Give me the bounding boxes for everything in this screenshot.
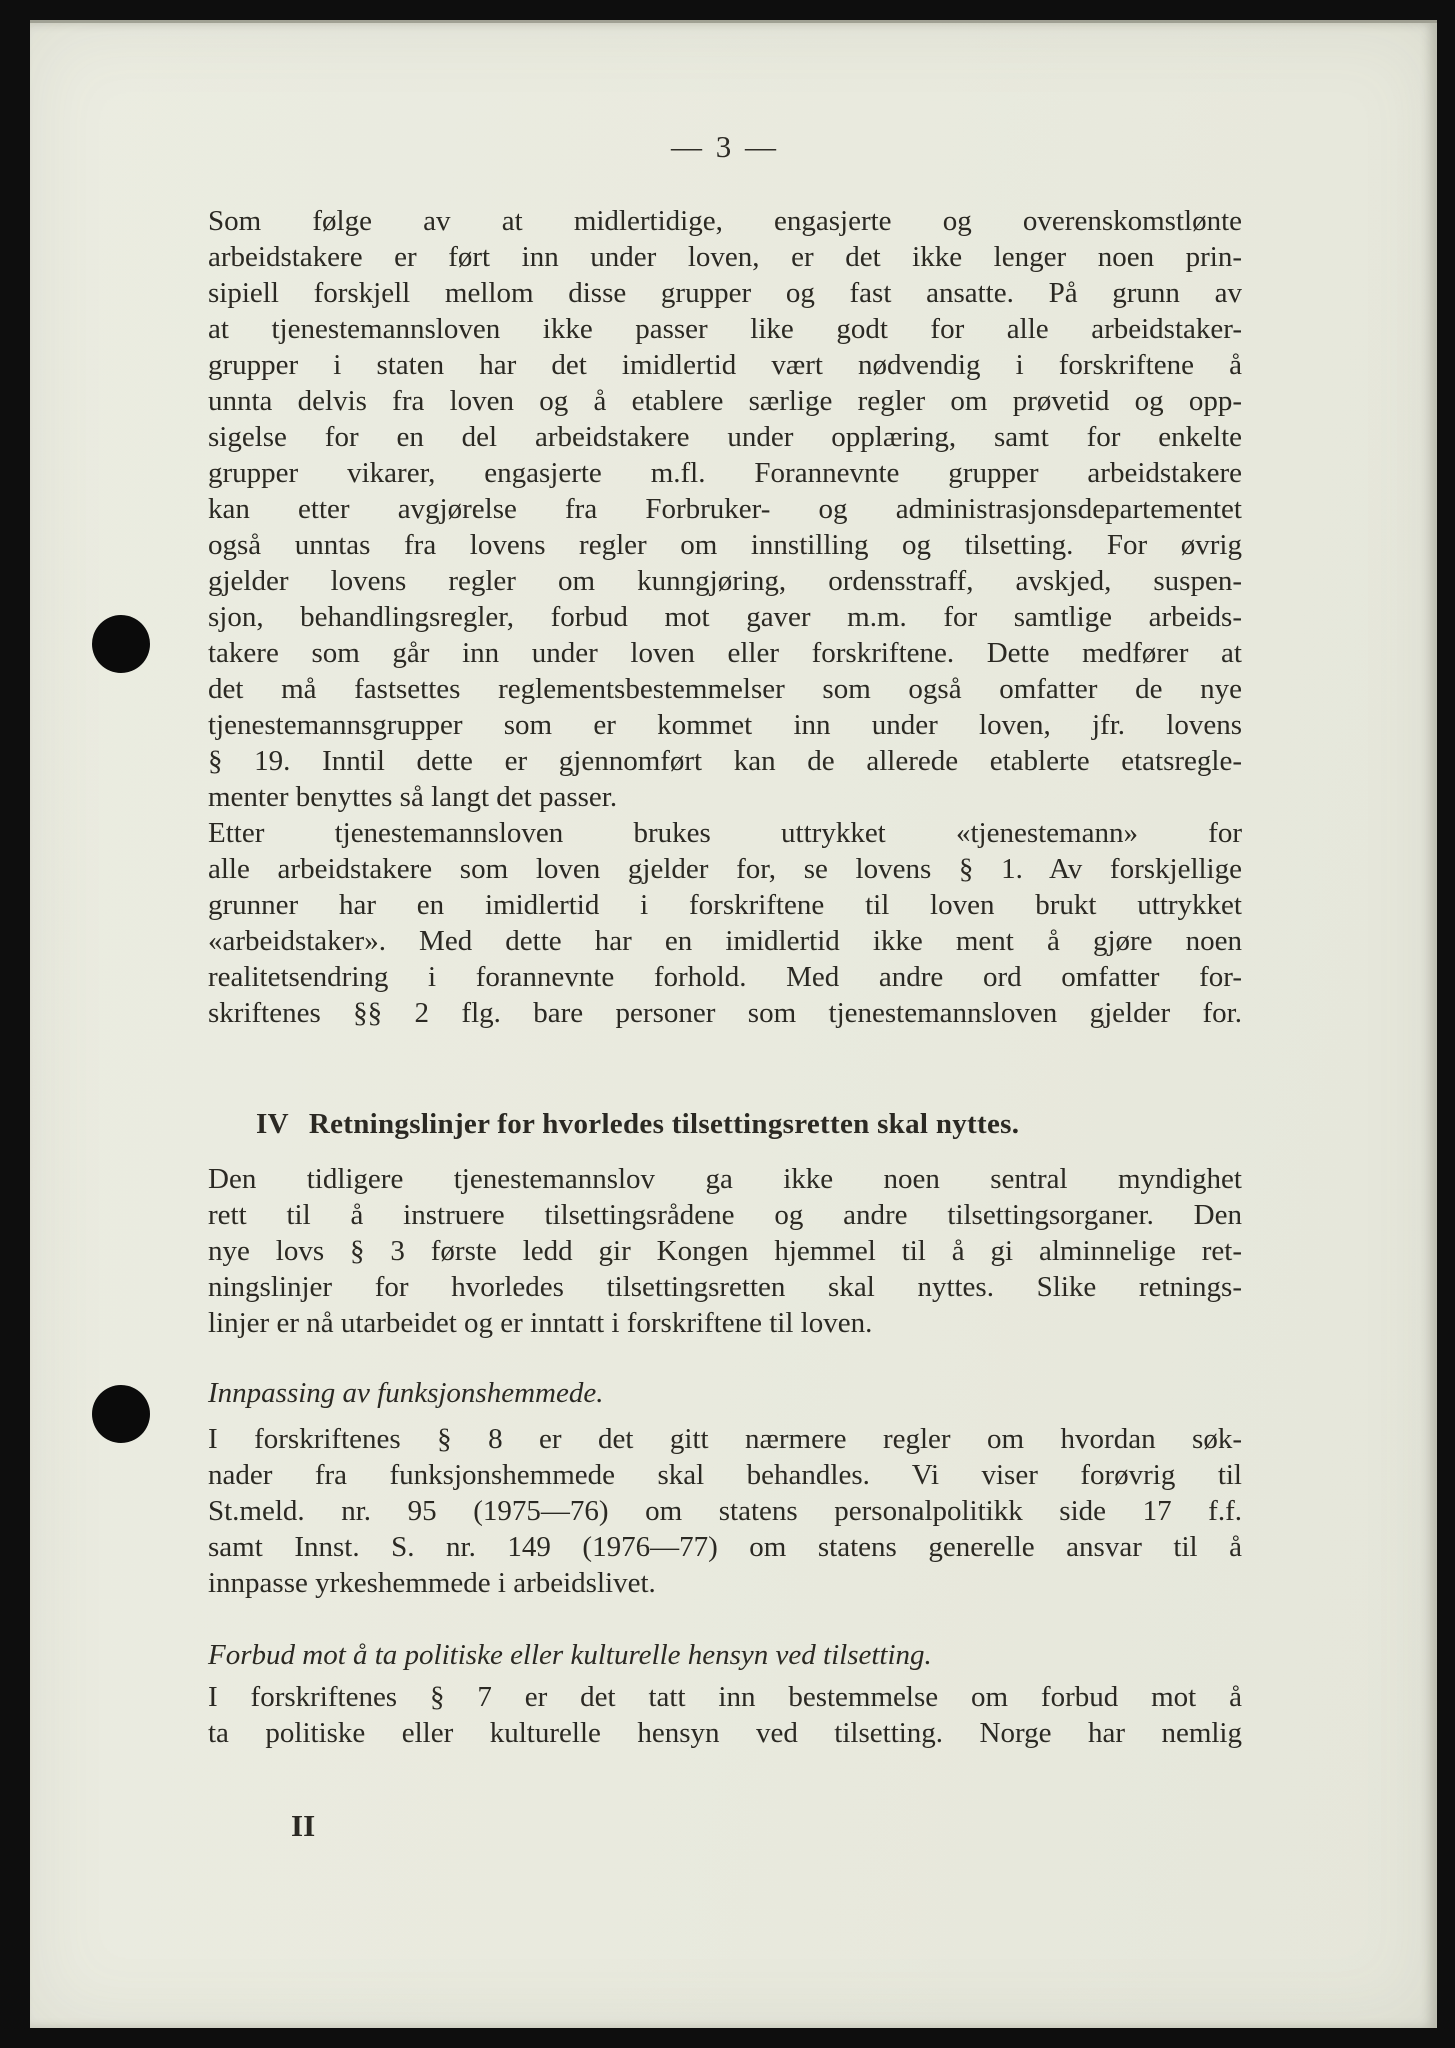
paragraph-retningslinjer: Den tidligere tjenestemannslov ga ikke n… [208,1161,1242,1341]
text-line: sigelse for en del arbeidstakere under o… [208,419,1242,455]
text-line: at tjenestemannsloven ikke passer like g… [208,311,1242,347]
text-line: I forskriftenes § 7 er det tatt inn best… [208,1679,1242,1715]
text-line: arbeidstakere er ført inn under loven, e… [208,239,1242,275]
text-line: nader fra funksjonshemmede skal behandle… [208,1457,1242,1493]
scan-background: — 3 — Som følge av at midlertidige, enga… [0,0,1455,2048]
text-line: alle arbeidstakere som loven gjelder for… [208,851,1242,887]
text-line: Som følge av at midlertidige, engasjerte… [208,203,1242,239]
text-line: ta politiske eller kulturelle hensyn ved… [208,1715,1242,1751]
paragraph-tjenestemann-term: Etter tjenestemannsloven brukes uttrykke… [208,815,1242,1031]
hole-punch-top [92,615,150,673]
text-line: nye lovs § 3 første ledd gir Kongen hjem… [208,1233,1242,1269]
text-line: sjon, behandlingsregler, forbud mot gave… [208,599,1242,635]
text-line: samt Innst. S. nr. 149 (1976—77) om stat… [208,1529,1242,1565]
paragraph-forbud: I forskriftenes § 7 er det tatt inn best… [208,1679,1242,1751]
subheading-innpassing: Innpassing av funksjonshemmede. [208,1375,1242,1411]
text-line: ningslinjer for hvorledes tilsettingsret… [208,1269,1242,1305]
paragraph-intro: Som følge av at midlertidige, engasjerte… [208,203,1242,815]
text-line: realitetsendring i forannevnte forhold. … [208,959,1242,995]
text-line: menter benyttes så langt det passer. [208,779,1242,815]
hole-punch-bottom [92,1385,150,1443]
paper: — 3 — Som følge av at midlertidige, enga… [30,20,1437,2028]
text-line: linjer er nå utarbeidet og er inntatt i … [208,1305,1242,1341]
text-line: «arbeidstaker». Med dette har en imidler… [208,923,1242,959]
text-line: grunner har en imidlertid i forskriftene… [208,887,1242,923]
text-line: også unntas fra lovens regler om innstil… [208,527,1242,563]
text-line: takere som går inn under loven eller for… [208,635,1242,671]
text-line: kan etter avgjørelse fra Forbruker- og a… [208,491,1242,527]
text-line: St.meld. nr. 95 (1975—76) om statens per… [208,1493,1242,1529]
text-line: innpasse yrkeshemmede i arbeidslivet. [208,1565,1242,1601]
text-line: skriftenes §§ 2 flg. bare personer som t… [208,995,1242,1031]
text-line: Den tidligere tjenestemannslov ga ikke n… [208,1161,1242,1197]
text-line: unnta delvis fra loven og å etablere sær… [208,383,1242,419]
paragraph-funksjonshemmede: I forskriftenes § 8 er det gitt nærmere … [208,1421,1242,1601]
text-line: sipiell forskjell mellom disse grupper o… [208,275,1242,311]
section-heading-iv: IVRetningslinjer for hvorledes tilsettin… [208,1106,1242,1142]
text-line: gjelder lovens regler om kunngjøring, or… [208,563,1242,599]
page-number: — 3 — [208,129,1242,165]
text-line: § 19. Inntil dette er gjennomført kan de… [208,743,1242,779]
text-line: rett til å instruere tilsettingsrådene o… [208,1197,1242,1233]
text-line: Etter tjenestemannsloven brukes uttrykke… [208,815,1242,851]
text-line: I forskriftenes § 8 er det gitt nærmere … [208,1421,1242,1457]
text-line: grupper i staten har det imidlertid vært… [208,347,1242,383]
text-line: det må fastsettes reglementsbestemmelser… [208,671,1242,707]
signature-mark: II [291,1808,315,1844]
subheading-forbud: Forbud mot å ta politiske eller kulturel… [208,1637,1242,1673]
section-heading-numeral: IV [256,1108,289,1140]
text-line: tjenestemannsgrupper som er kommet inn u… [208,707,1242,743]
section-heading-text: Retningslinjer for hvorledes tilsettings… [309,1108,1019,1140]
text-line: grupper vikarer, engasjerte m.fl. Forann… [208,455,1242,491]
